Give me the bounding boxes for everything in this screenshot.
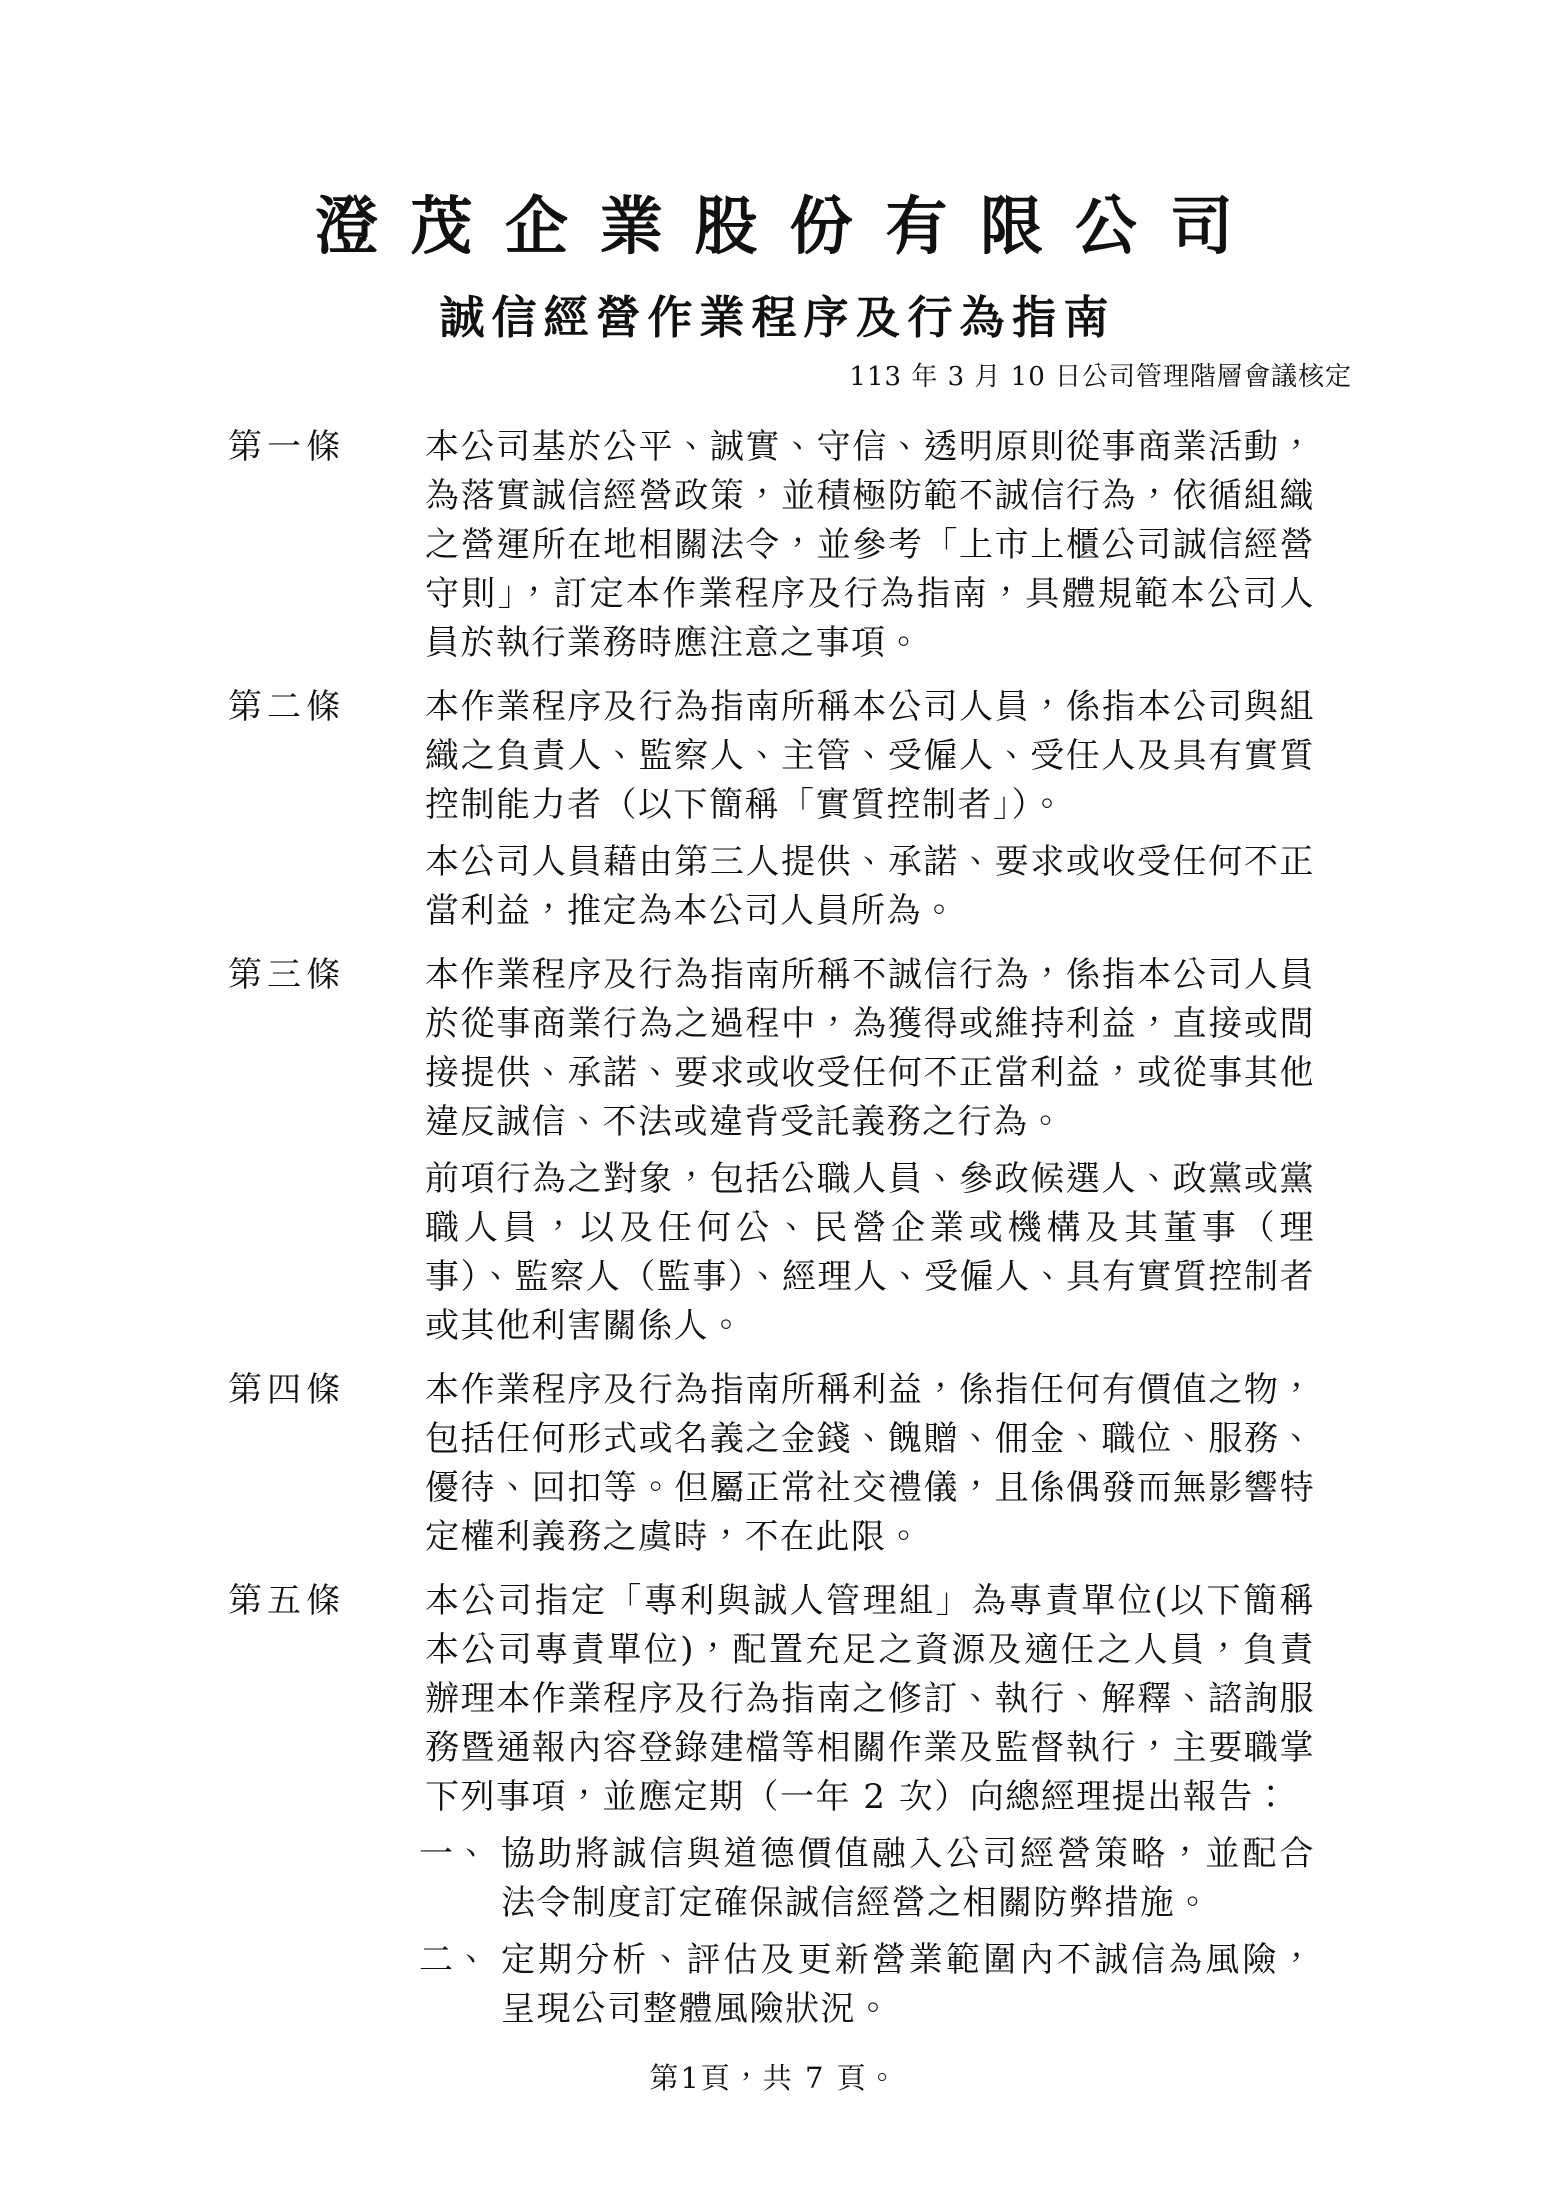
article-paragraph: 本公司人員藉由第三人提供、承諾、要求或收受任何不正當利益，推定為本公司人員所為。 — [425, 838, 1315, 936]
document-page: 澄茂企業股份有限公司 誠信經營作業程序及行為指南 113 年 3 月 10 日公… — [0, 0, 1548, 2192]
article-number: 第三條 — [228, 951, 425, 1359]
article-body: 本公司指定「專利與誠人管理組」為專責單位(以下簡稱本公司專責單位)，配置充足之資… — [425, 1577, 1315, 2034]
list-item-text: 定期分析、評估及更新營業範圍內不誠信為風險，呈現公司整體風險狀況。 — [501, 1936, 1315, 2034]
list-item-number: 一、 — [419, 1830, 501, 1928]
article-paragraph: 本作業程序及行為指南所稱利益，係指任何有價值之物，包括任何形式或名義之金錢、餽贈… — [425, 1366, 1315, 1562]
list-item: 二、定期分析、評估及更新營業範圍內不誠信為風險，呈現公司整體風險狀況。 — [419, 1936, 1315, 2034]
article-body: 本作業程序及行為指南所稱利益，係指任何有價值之物，包括任何形式或名義之金錢、餽贈… — [425, 1366, 1315, 1570]
article-paragraph: 本作業程序及行為指南所稱本公司人員，係指本公司與組織之負責人、監察人、主管、受僱… — [425, 683, 1315, 830]
article: 第二條本作業程序及行為指南所稱本公司人員，係指本公司與組織之負責人、監察人、主管… — [228, 683, 1315, 944]
list-item-text: 協助將誠信與道德價值融入公司經營策略，並配合法令制度訂定確保誠信經營之相關防弊措… — [501, 1830, 1315, 1928]
article: 第四條本作業程序及行為指南所稱利益，係指任何有價值之物，包括任何形式或名義之金錢… — [228, 1366, 1315, 1570]
article: 第五條本公司指定「專利與誠人管理組」為專責單位(以下簡稱本公司專責單位)，配置充… — [228, 1577, 1315, 2034]
list-item-number: 二、 — [419, 1936, 501, 2034]
article-paragraph: 本公司基於公平、誠實、守信、透明原則從事商業活動，為落實誠信經營政策，並積極防範… — [425, 423, 1315, 668]
article-number: 第四條 — [228, 1366, 425, 1570]
article: 第三條本作業程序及行為指南所稱不誠信行為，係指本公司人員於從事商業行為之過程中，… — [228, 951, 1315, 1359]
article: 第一條本公司基於公平、誠實、守信、透明原則從事商業活動，為落實誠信經營政策，並積… — [228, 423, 1315, 676]
company-title: 澄茂企業股份有限公司 — [0, 176, 1548, 267]
article-paragraph: 本公司指定「專利與誠人管理組」為專責單位(以下簡稱本公司專責單位)，配置充足之資… — [425, 1577, 1315, 1822]
article-body: 本作業程序及行為指南所稱本公司人員，係指本公司與組織之負責人、監察人、主管、受僱… — [425, 683, 1315, 944]
article-body: 本公司基於公平、誠實、守信、透明原則從事商業活動，為落實誠信經營政策，並積極防範… — [425, 423, 1315, 676]
document-header: 澄茂企業股份有限公司 誠信經營作業程序及行為指南 113 年 3 月 10 日公… — [0, 0, 1548, 393]
article-number: 第二條 — [228, 683, 425, 944]
articles-container: 第一條本公司基於公平、誠實、守信、透明原則從事商業活動，為落實誠信經營政策，並積… — [0, 423, 1548, 2034]
article-paragraph: 前項行為之對象，包括公職人員、參政候選人、政黨或黨職人員，以及任何公、民營企業或… — [425, 1155, 1315, 1351]
approval-note: 113 年 3 月 10 日公司管理階層會議核定 — [0, 356, 1548, 393]
list-item: 一、協助將誠信與道德價值融入公司經營策略，並配合法令制度訂定確保誠信經營之相關防… — [419, 1830, 1315, 1928]
document-title: 誠信經營作業程序及行為指南 — [0, 281, 1548, 346]
page-number-footer: 第1頁，共 7 頁。 — [0, 2056, 1548, 2097]
article-number: 第五條 — [228, 1577, 425, 2034]
article-body: 本作業程序及行為指南所稱不誠信行為，係指本公司人員於從事商業行為之過程中，為獲得… — [425, 951, 1315, 1359]
article-number: 第一條 — [228, 423, 425, 676]
article-paragraph: 本作業程序及行為指南所稱不誠信行為，係指本公司人員於從事商業行為之過程中，為獲得… — [425, 951, 1315, 1147]
